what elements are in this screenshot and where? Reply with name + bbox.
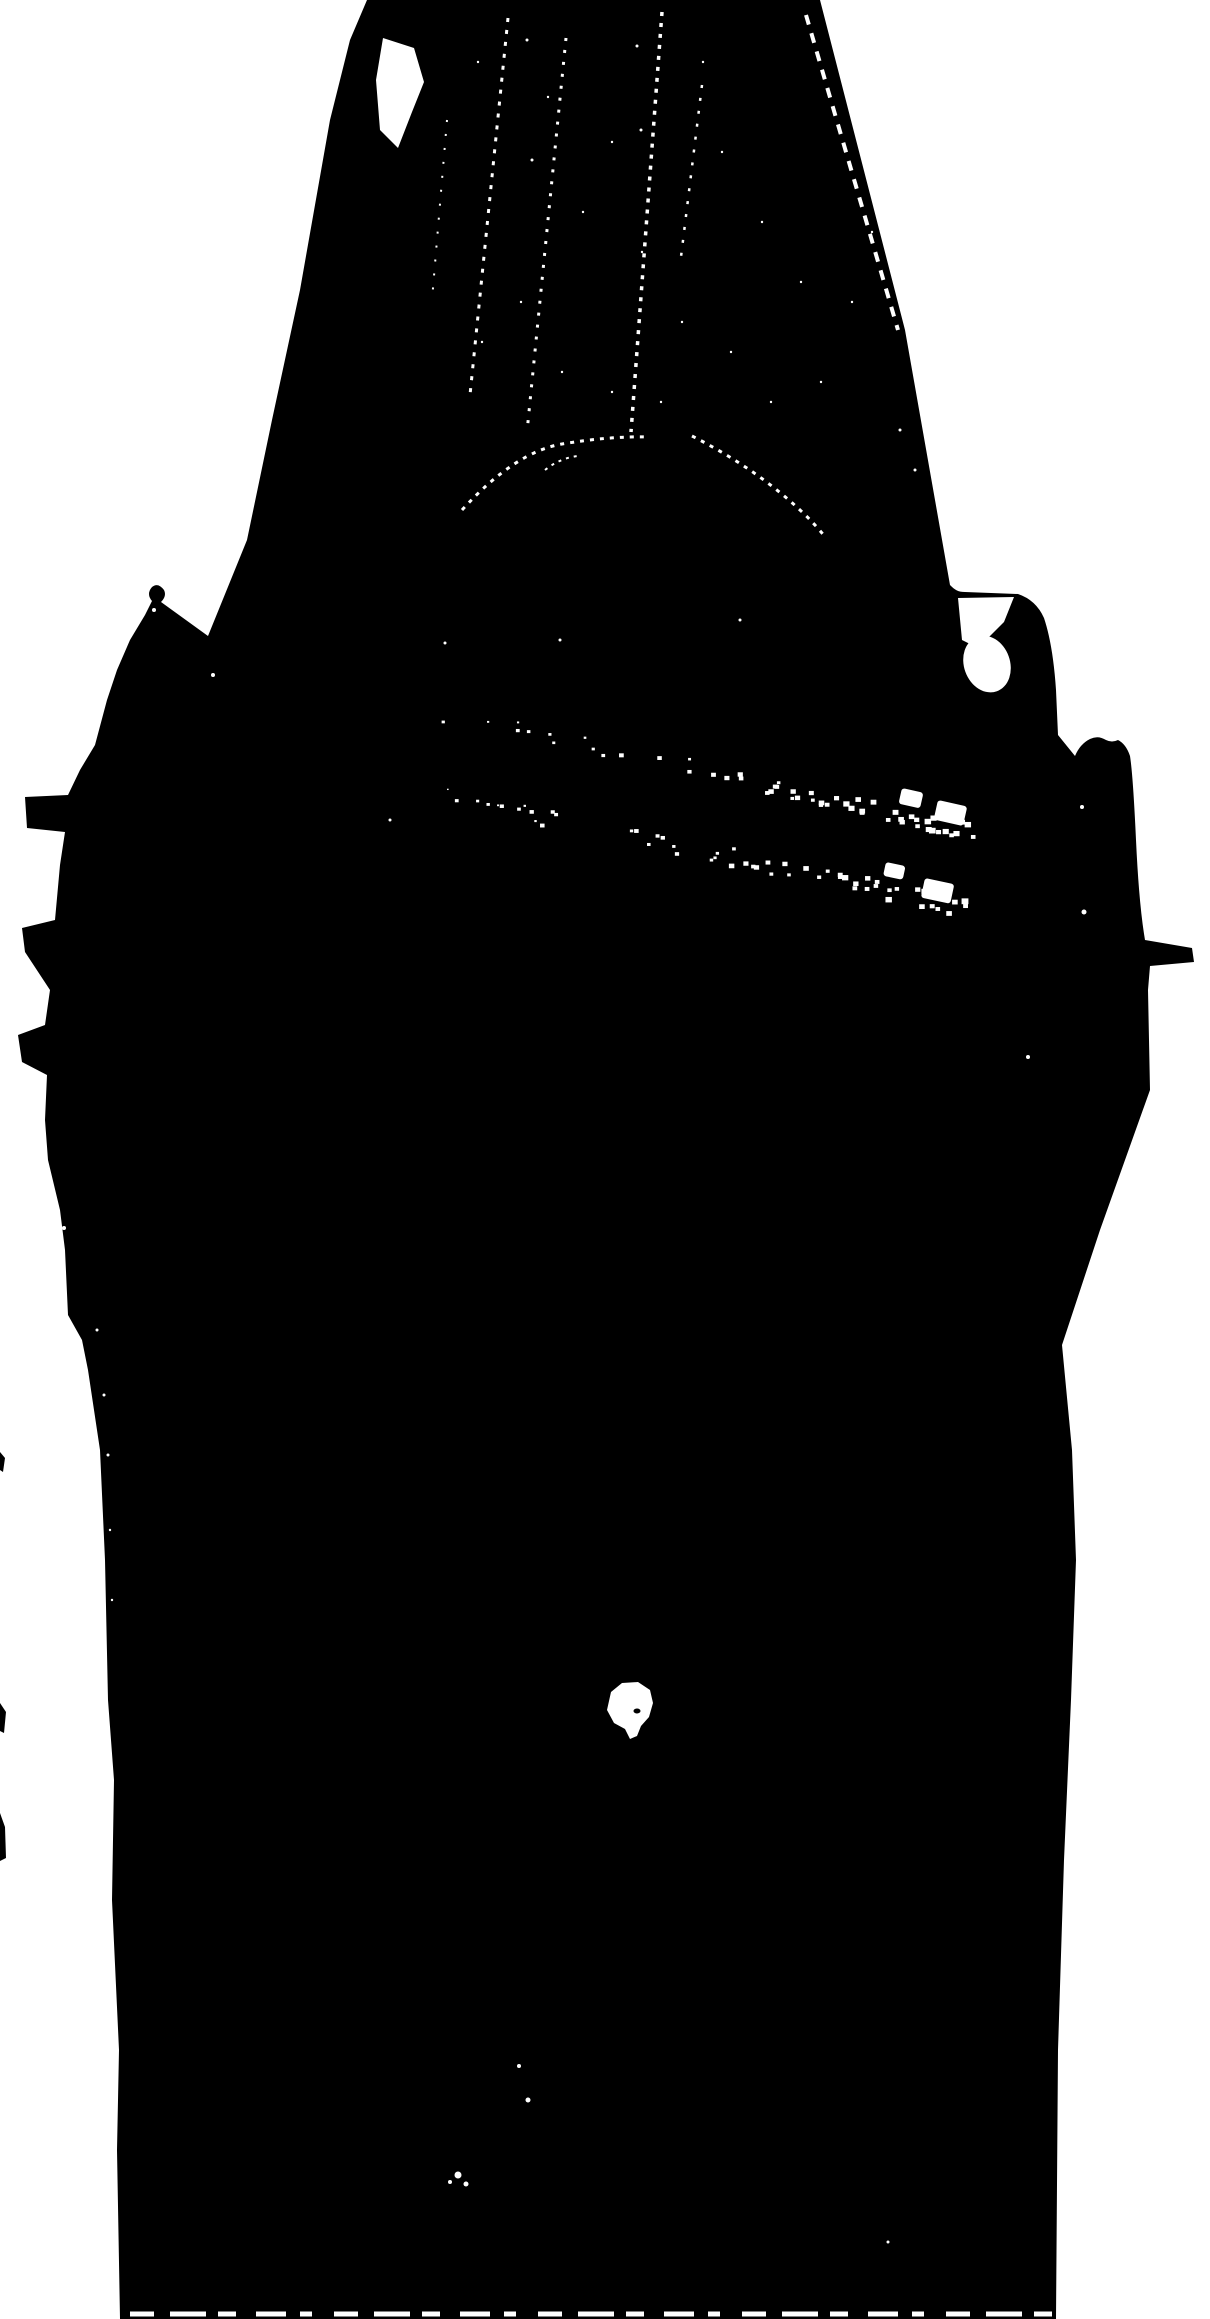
band-speckle [476,800,479,803]
light-speck [739,619,742,622]
light-speck [103,1394,106,1397]
band-speckle [540,824,545,828]
band-speckle [875,880,880,884]
light-speck [526,39,529,42]
band-speckle [486,803,489,806]
edge-fragment [0,1703,6,1733]
left-edge-fragments [0,1452,6,1861]
band-speckle [738,772,743,776]
band-speckle [534,820,536,822]
band-speckle [853,881,858,886]
band-speckle [754,865,759,869]
tower-outline [18,0,1194,2319]
band-speckle [949,833,954,837]
band-speckle [886,818,891,822]
band-speckle [965,822,971,827]
band-speckle [893,810,899,815]
screenshot-root [0,0,1210,2319]
band-speckle [548,733,551,736]
light-speck [899,429,902,432]
light-speck [54,1239,57,1242]
band-speckle [865,887,870,891]
light-speck [448,2180,452,2184]
band-speckle [527,730,530,733]
band-speckle [647,843,651,846]
light-speck [561,371,563,373]
light-speck [152,608,156,612]
light-speck [761,221,763,223]
band-speckle [914,818,919,822]
band-speckle [795,796,800,800]
light-speck [96,1329,99,1332]
band-speckle [834,796,839,800]
band-speckle [729,864,734,869]
band-speckle [855,797,861,802]
band-speckle [554,813,558,816]
band-speckle [962,898,969,904]
light-speck [820,381,822,383]
tower-silhouette [18,0,1194,2319]
band-speckle [656,834,660,837]
band-speckle [819,803,823,807]
band-speckle [895,887,899,891]
band-speckle [930,904,935,908]
band-speckle [630,829,633,832]
light-speck [481,341,483,343]
band-speckle [935,907,940,911]
light-speck [582,211,584,213]
band-speckle [963,904,968,908]
light-speck [526,2098,531,2103]
band-speckle [803,866,809,871]
band-speckle [530,810,534,814]
band-speckle [713,856,716,859]
band-speckle [766,861,771,865]
band-speckle [592,748,595,751]
light-speck [702,61,704,63]
band-speckle [601,754,605,757]
band-speckle [687,770,691,774]
band-speckle [874,884,878,888]
band-speckle [739,777,744,781]
band-speckle [946,911,952,916]
light-speck [640,129,643,132]
light-speck [389,819,392,822]
band-speckle [777,781,780,784]
band-speckle [743,861,748,865]
band-speckle [848,806,854,811]
band-speckle [524,805,526,807]
band-speckle [871,800,877,805]
band-speckle [952,900,958,905]
band-speckle [915,824,920,828]
band-speckle [809,791,814,795]
band-speckle [769,872,773,875]
band-speckle [859,809,865,814]
light-speck [547,96,549,98]
light-speck [721,151,723,153]
band-speckle [929,828,936,834]
tower-silhouette-photo [0,0,1210,2319]
band-speckle [943,829,949,834]
light-speck [111,1599,113,1601]
band-speckle [826,870,830,873]
light-speck [641,251,643,253]
clock-center-dot [634,1709,641,1714]
band-speckle [497,804,499,806]
band-speckle [919,904,925,909]
band-speckle [971,835,976,839]
band-speckle [442,721,445,724]
light-speck [851,301,853,303]
band-speckle [711,773,716,777]
light-speck [770,401,772,403]
light-speck [1082,910,1087,915]
band-speckle [790,797,794,800]
light-speck [107,1454,110,1457]
band-speckle [909,814,915,819]
band-speckle [811,799,815,802]
light-speck [1165,928,1169,932]
band-speckle [487,721,489,723]
light-speck [914,469,917,472]
light-speck [62,1226,66,1230]
band-speckle [953,831,959,836]
light-speck [636,45,639,48]
light-speck [611,141,613,143]
band-speckle [455,799,459,802]
light-speck [444,642,447,645]
band-speckle [517,721,519,723]
band-speckle [517,808,521,811]
band-speckle [842,875,848,880]
light-speck [211,673,215,677]
band-speckle [936,830,941,834]
band-speckle [925,819,931,825]
band-speckle [672,845,675,848]
band-speckle [634,829,639,833]
light-speck [531,159,534,162]
light-speck [1026,1055,1030,1059]
band-speckle [724,776,729,780]
band-speckle [688,758,691,761]
band-speckle [885,897,891,902]
light-speck [887,2241,890,2244]
band-speckle [732,847,736,850]
band-speckle [825,803,830,807]
light-speck [660,401,662,403]
band-speckle [619,753,624,757]
band-speckle [584,737,587,739]
light-speck [871,231,873,233]
light-speck [1080,805,1084,809]
light-speck [800,281,802,283]
light-speck [109,1529,111,1531]
light-speck [517,2064,521,2068]
light-speck [1181,935,1184,938]
light-speck [520,301,522,303]
light-speck [464,2182,469,2187]
band-speckle [887,888,891,892]
band-speckle [552,742,555,745]
edge-fragment [0,1813,6,1861]
band-speckle [716,852,719,855]
band-speckle [852,886,857,890]
band-speckle [675,852,679,856]
band-speckle [787,873,791,876]
band-speckle [710,859,713,862]
band-speckle [782,862,787,866]
band-speckle [775,785,780,789]
light-speck [477,61,479,63]
light-speck [681,321,683,323]
band-speckle [657,756,662,760]
band-speckle [915,887,920,891]
band-speckle [791,789,796,794]
band-speckle [768,789,773,794]
band-speckle [500,804,504,808]
light-speck [56,1210,60,1214]
band-speckle [661,836,665,840]
band-speckle [817,876,821,879]
band-speckle [865,876,870,881]
band-speckle [516,729,520,732]
band-speckle [900,820,905,825]
light-speck [730,351,732,353]
light-speck [611,391,613,393]
light-speck [559,639,562,642]
band-speckle [838,875,842,879]
light-speck [455,2172,462,2179]
band-speckle [447,789,449,790]
edge-fragment [0,1452,5,1472]
